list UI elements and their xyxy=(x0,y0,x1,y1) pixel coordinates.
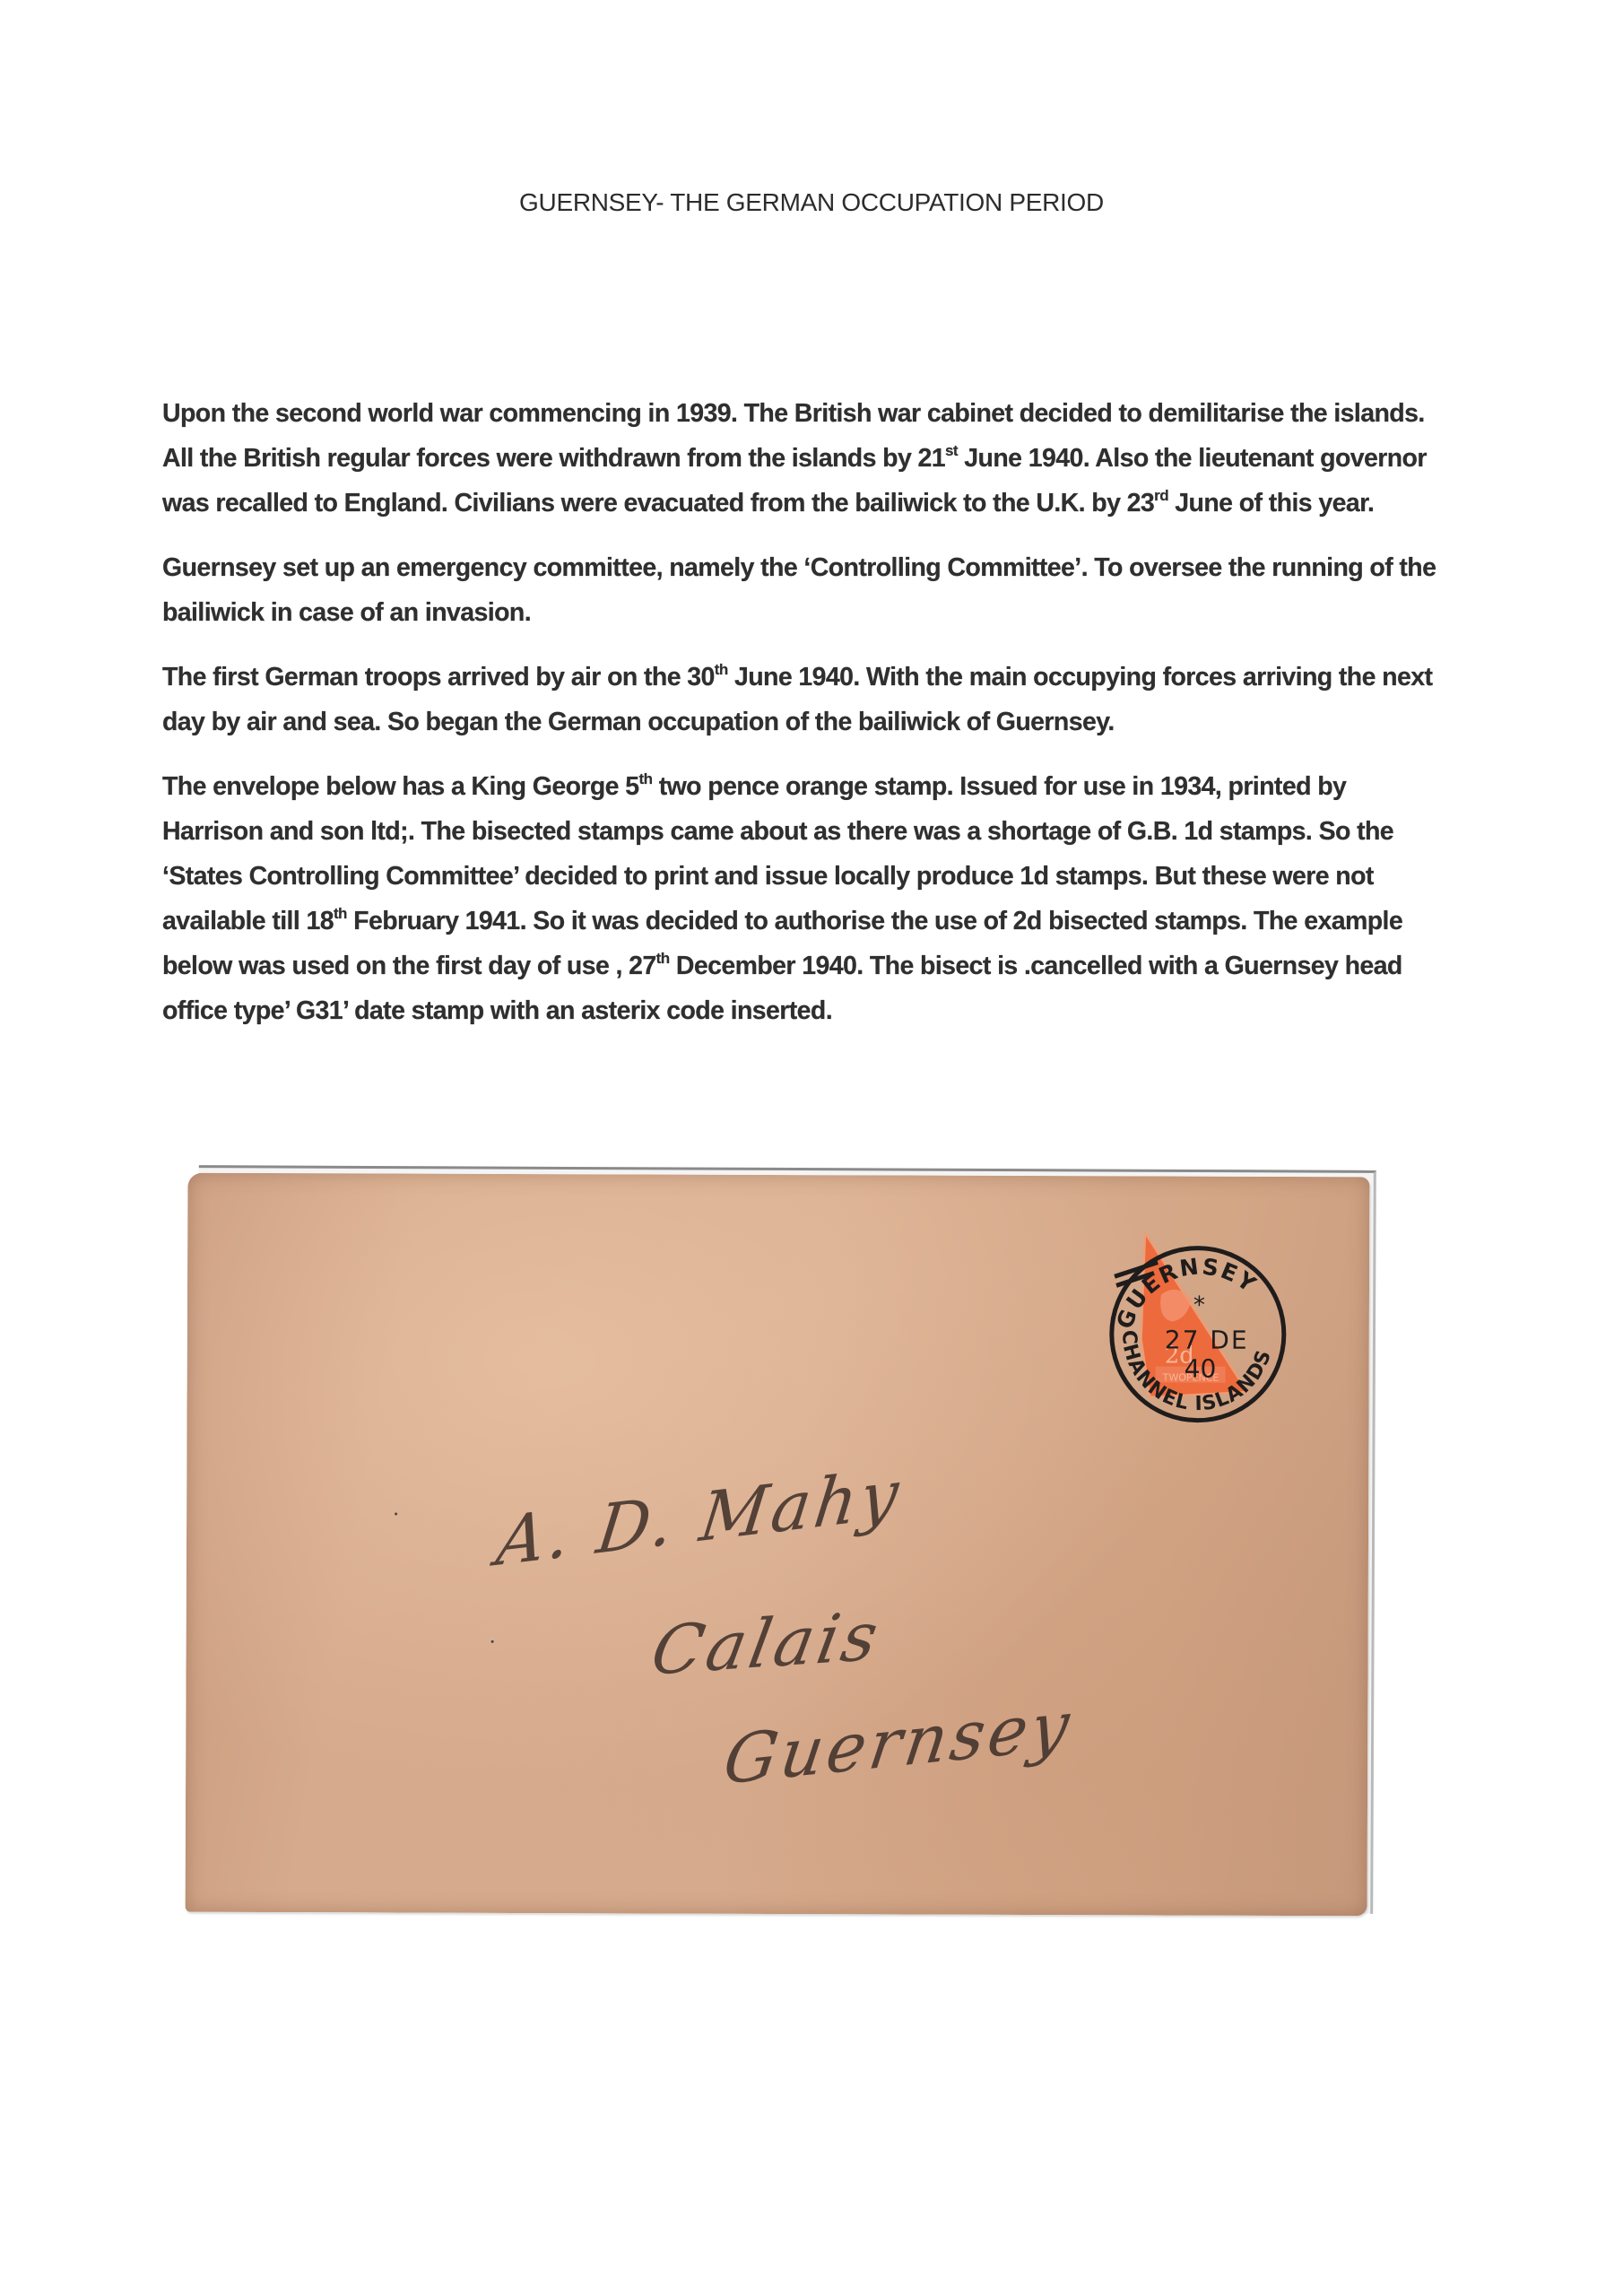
paragraph-demilitarisation: Upon the second world war commencing in … xyxy=(162,391,1445,526)
paragraph-controlling-committee: Guernsey set up an emergency committee, … xyxy=(162,545,1445,635)
handwritten-address: A. D. Mahy Calais Guernsey xyxy=(186,1173,1370,1917)
paragraph-german-arrival: The first German troops arrived by air o… xyxy=(162,655,1445,744)
ordinal-suffix: th xyxy=(656,950,670,967)
address-line-locality: Calais xyxy=(646,1597,887,1691)
ordinal-suffix: rd xyxy=(1154,487,1168,504)
ordinal-suffix: th xyxy=(334,905,347,922)
paragraph-envelope-description: The envelope below has a King George 5th… xyxy=(162,764,1445,1033)
paper-speck xyxy=(395,1513,397,1516)
ordinal-suffix: th xyxy=(715,661,728,678)
body-text: Upon the second world war commencing in … xyxy=(162,391,1445,1055)
envelope-cover: 2d TWOPENCE GUERNSEY CHANNEL ISLANDS * 2… xyxy=(186,1173,1370,1917)
ordinal-suffix: th xyxy=(639,770,653,787)
page-title: GUERNSEY- THE GERMAN OCCUPATION PERIOD xyxy=(0,188,1623,217)
ordinal-suffix: st xyxy=(945,442,958,459)
address-line-island: Guernsey xyxy=(719,1686,1078,1800)
address-line-name: A. D. Mahy xyxy=(492,1455,906,1582)
paper-speck xyxy=(491,1640,494,1643)
